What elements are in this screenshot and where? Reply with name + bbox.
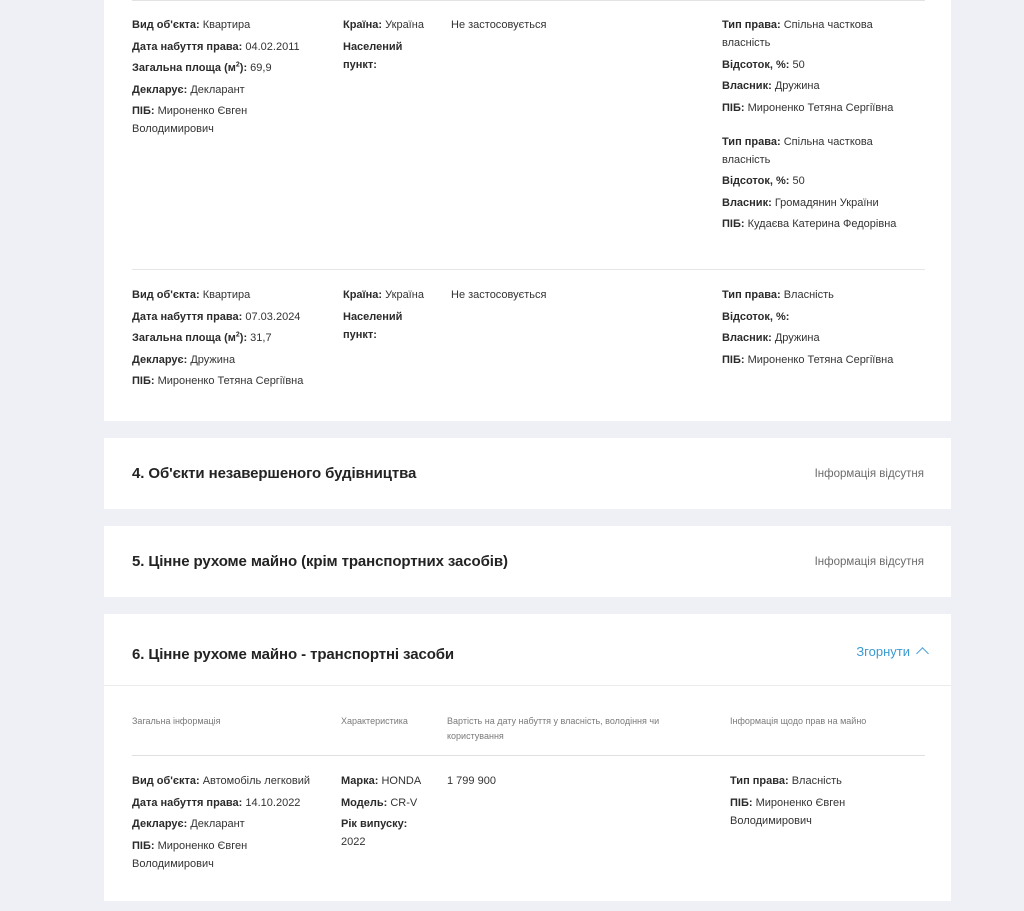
name-label: ПІБ: (132, 105, 155, 117)
city-label: Населений пункт: (343, 41, 402, 71)
right-type-value: Власність (792, 775, 842, 787)
collapse-button[interactable]: Згорнути (856, 644, 927, 659)
date-label: Дата набуття права: (132, 797, 242, 809)
right-entry: Тип права: Спільна часткова власність Ві… (722, 16, 922, 117)
right-type-label: Тип права: (722, 136, 781, 148)
rights-info: Тип права: Власність ПІБ: Мироненко Євге… (730, 772, 930, 833)
year-label: Рік випуску: (341, 818, 407, 830)
percent-label: Відсоток, %: (722, 59, 789, 71)
value-text: 1 799 900 (447, 775, 496, 787)
realestate-item: Вид об'єкта: Квартира Дата набуття права… (132, 269, 925, 270)
area-value: 69,9 (250, 62, 271, 74)
name-label: ПІБ: (132, 375, 155, 387)
vehicle-value: 1 799 900 (447, 772, 647, 794)
city-label: Населений пункт: (343, 311, 402, 341)
column-header: Вартість на дату набуття у власність, во… (447, 714, 707, 744)
declares-label: Декларує: (132, 84, 187, 96)
column-header: Загальна інформація (132, 714, 332, 729)
declares-value: Декларант (190, 84, 244, 96)
year-value: 2022 (341, 836, 365, 848)
general-info: Вид об'єкта: Автомобіль легковий Дата на… (132, 772, 332, 876)
right-type-value: Власність (784, 289, 834, 301)
owner-name-value: Кудаєва Катерина Федорівна (748, 218, 897, 230)
owner-name-value: Мироненко Тетяна Сергіївна (748, 354, 894, 366)
object-type-value: Квартира (203, 19, 251, 31)
object-type-value: Квартира (203, 289, 251, 301)
name-label: ПІБ: (132, 840, 155, 852)
general-info: Вид об'єкта: Квартира Дата набуття права… (132, 16, 332, 142)
date-label: Дата набуття права: (132, 41, 242, 53)
right-type-label: Тип права: (722, 19, 781, 31)
owner-name-label: ПІБ: (722, 218, 745, 230)
percent-value: 50 (793, 59, 805, 71)
declares-value: Декларант (190, 818, 244, 830)
country-label: Країна: (343, 19, 382, 31)
date-value: 14.10.2022 (245, 797, 300, 809)
percent-label: Відсоток, %: (722, 311, 789, 323)
owner-name-label: ПІБ: (730, 797, 753, 809)
column-header: Характеристика (341, 714, 441, 729)
section-header: 6. Цінне рухоме майно - транспортні засо… (104, 614, 951, 686)
right-type-label: Тип права: (730, 775, 789, 787)
declares-label: Декларує: (132, 354, 187, 366)
value-text: Не застосовується (451, 289, 547, 301)
section-6-card: 6. Цінне рухоме майно - транспортні засо… (104, 614, 951, 901)
owner-name-value: Мироненко Тетяна Сергіївна (748, 102, 894, 114)
section-4-card[interactable]: 4. Об'єкти незавершеного будівництва Інф… (104, 438, 951, 509)
collapse-label: Згорнути (856, 644, 910, 659)
country-value: Україна (385, 19, 424, 31)
object-type-label: Вид об'єкта: (132, 19, 200, 31)
value-info: Не застосовується (451, 16, 711, 38)
owner-value: Громадянин України (775, 197, 879, 209)
owner-value: Дружина (775, 80, 820, 92)
country-label: Країна: (343, 289, 382, 301)
right-type-label: Тип права: (722, 289, 781, 301)
section-5-card[interactable]: 5. Цінне рухоме майно (крім транспортних… (104, 526, 951, 597)
owner-value: Дружина (775, 332, 820, 344)
realestate-card: Вид об'єкта: Квартира Дата набуття права… (104, 0, 951, 421)
owner-label: Власник: (722, 80, 772, 92)
section-status: Інформація відсутня (815, 438, 924, 509)
owner-name-label: ПІБ: (722, 102, 745, 114)
owner-name-label: ПІБ: (722, 354, 745, 366)
date-label: Дата набуття права: (132, 311, 242, 323)
brand-label: Марка: (341, 775, 378, 787)
location-info: Країна: Україна Населений пункт: (343, 16, 433, 77)
section-title: 6. Цінне рухоме майно - транспортні засо… (132, 614, 454, 694)
rights-info: Тип права: Власність Відсоток, %: Власни… (722, 286, 922, 385)
object-type-value: Автомобіль легковий (203, 775, 310, 787)
model-label: Модель: (341, 797, 387, 809)
divider (132, 0, 925, 1)
declares-label: Декларує: (132, 818, 187, 830)
value-text: Не застосовується (451, 19, 547, 31)
percent-label: Відсоток, %: (722, 175, 789, 187)
section-title: 5. Цінне рухоме майно (крім транспортних… (132, 526, 508, 597)
object-type-label: Вид об'єкта: (132, 289, 200, 301)
brand-value: HONDA (381, 775, 421, 787)
vehicle-characteristics: Марка: HONDA Модель: CR-V Рік випуску: 2… (341, 772, 431, 855)
percent-value: 50 (793, 175, 805, 187)
owner-label: Власник: (722, 197, 772, 209)
declares-value: Дружина (190, 354, 235, 366)
general-info: Вид об'єкта: Квартира Дата набуття права… (132, 286, 332, 394)
object-type-label: Вид об'єкта: (132, 775, 200, 787)
country-value: Україна (385, 289, 424, 301)
owner-label: Власник: (722, 332, 772, 344)
name-value: Мироненко Тетяна Сергіївна (158, 375, 304, 387)
section-title: 4. Об'єкти незавершеного будівництва (132, 438, 416, 509)
date-value: 07.03.2024 (245, 311, 300, 323)
chevron-up-icon (916, 647, 929, 660)
area-value: 31,7 (250, 332, 271, 344)
location-info: Країна: Україна Населений пункт: (343, 286, 433, 347)
right-entry: Тип права: Спільна часткова власність Ві… (722, 133, 922, 234)
date-value: 04.02.2011 (245, 41, 299, 53)
right-entry: Тип права: Власність Відсоток, %: Власни… (722, 286, 922, 369)
table-header: Загальна інформація Характеристика Варті… (132, 714, 925, 756)
section-status: Інформація відсутня (815, 526, 924, 597)
value-info: Не застосовується (451, 286, 711, 308)
model-value: CR-V (390, 797, 417, 809)
area-label: Загальна площа (м2): (132, 332, 247, 344)
area-label: Загальна площа (м2): (132, 62, 247, 74)
column-header: Інформація щодо прав на майно (730, 714, 930, 729)
rights-info: Тип права: Спільна часткова власність Ві… (722, 16, 922, 249)
